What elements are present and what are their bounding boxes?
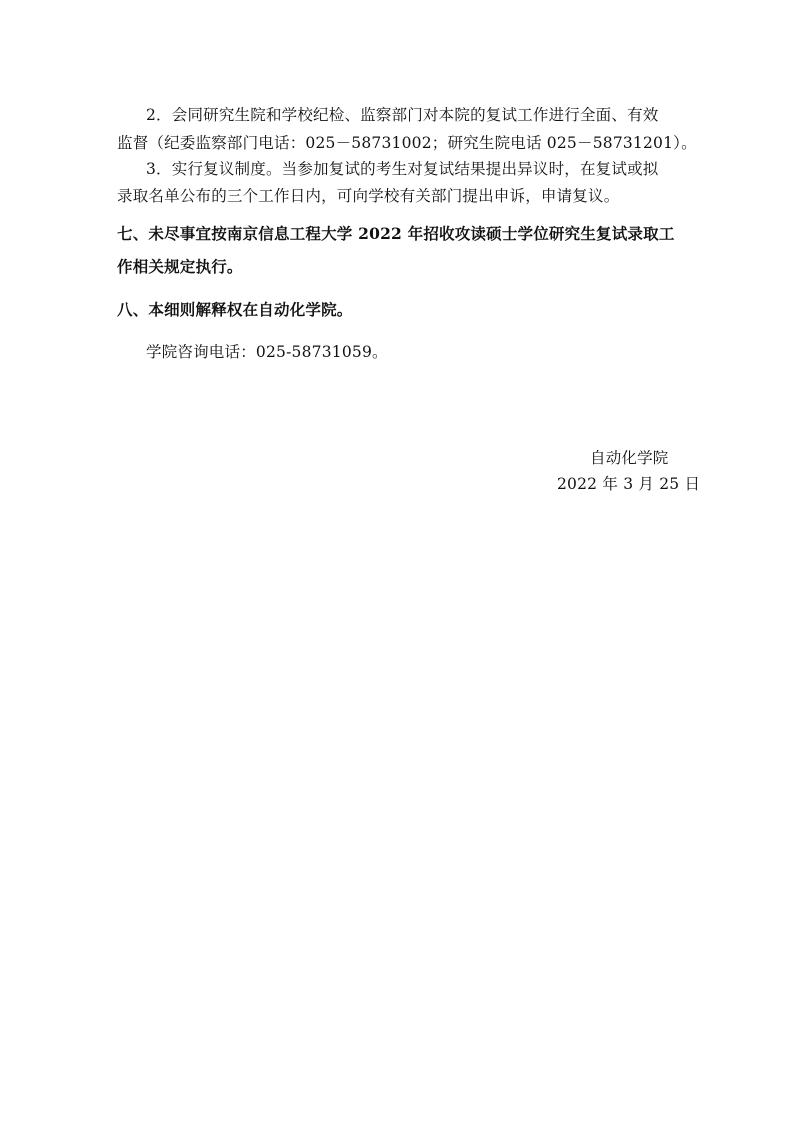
item3-line1: 3．实行复议制度。当参加复试的考生对复试结果提出异议时，在复试或拟 <box>146 157 658 179</box>
item3-line2: 录取名单公布的三个工作日内，可向学校有关部门提出申诉，申请复议。 <box>117 184 619 206</box>
section8-heading: 八、本细则解释权在自动化学院。 <box>117 298 353 320</box>
item2-line2: 监督（纪委监察部门电话：025－58731002；研究生院电话 025－5873… <box>117 131 697 153</box>
signature-date: 2022 年 3 月 25 日 <box>557 472 700 494</box>
section7-line2: 作相关规定执行。 <box>117 255 243 277</box>
signature-org: 自动化学院 <box>590 446 669 468</box>
contact-phone: 学院咨询电话：025-58731059。 <box>146 340 388 362</box>
item2-line1: 2．会同研究生院和学校纪检、监察部门对本院的复试工作进行全面、有效 <box>146 103 658 125</box>
section7-line1: 七、未尽事宜按南京信息工程大学 2022 年招收攻读硕士学位研究生复试录取工 <box>117 222 675 244</box>
